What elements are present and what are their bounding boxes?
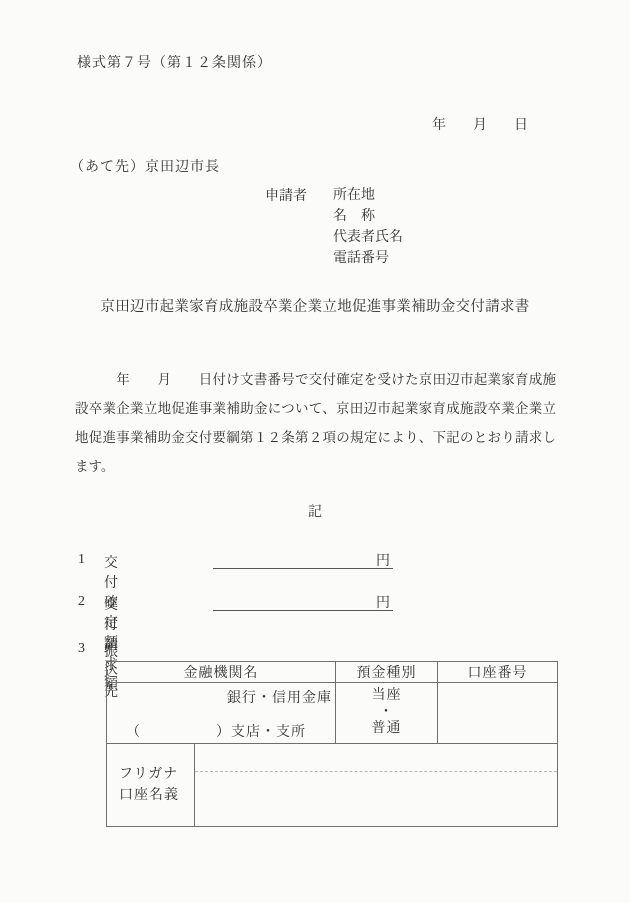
body-line-2: 設卒業企業立地促進事業補助金について、京田辺市起業家育成施設卒業企業立 xyxy=(75,394,556,423)
confirmed-amount-field[interactable]: 円 xyxy=(213,550,393,569)
table-name-row: フリガナ 口座名義 xyxy=(107,744,558,827)
form-number: 様式第７号（第１２条関係） xyxy=(77,52,272,72)
requested-amount-field[interactable]: 円 xyxy=(213,592,393,611)
item-3-number: 3 xyxy=(78,641,85,657)
furigana-label: フリガナ xyxy=(119,764,194,785)
applicant-field-phone: 電話番号 xyxy=(333,248,403,269)
year-label: 年 xyxy=(432,114,446,134)
bank-branch-cell[interactable]: 銀行・信用金庫 （ ）支店・支所 xyxy=(107,683,336,744)
applicant-block: 申請者 所在地 名 称 代表者氏名 電話番号 xyxy=(265,185,403,269)
section-marker-ki: 記 xyxy=(0,501,630,521)
name-label-cell: フリガナ 口座名義 xyxy=(107,744,195,827)
deposit-option-separator: ・ xyxy=(336,705,437,722)
body-line-3: 地促進事業補助金交付要綱第１２条第２項の規定により、下記のとおり請求し xyxy=(75,423,556,452)
form-page: 様式第７号（第１２条関係） 年 月 日 （あて先）京田辺市長 申請者 所在地 名… xyxy=(0,0,630,903)
header-account-number: 口座番号 xyxy=(438,662,558,683)
body-line-1: 年 月 日付け文書番号で交付確定を受けた京田辺市起業家育成施 xyxy=(75,365,556,394)
applicant-field-address: 所在地 xyxy=(333,185,403,206)
applicant-field-representative: 代表者氏名 xyxy=(333,227,403,248)
body-line-4: ます。 xyxy=(75,452,556,481)
body-paragraph: 年 月 日付け文書番号で交付確定を受けた京田辺市起業家育成施 設卒業企業立地促進… xyxy=(75,365,556,481)
header-financial-institution: 金融機関名 xyxy=(107,662,336,683)
account-name-input-area[interactable] xyxy=(195,772,557,826)
transfer-table: 金融機関名 預金種別 口座番号 銀行・信用金庫 （ ）支店・支所 当座 ・ 普通 xyxy=(106,661,558,827)
item-1-number: 1 xyxy=(78,552,85,568)
applicant-field-name: 名 称 xyxy=(333,206,403,227)
applicant-fields: 所在地 名 称 代表者氏名 電話番号 xyxy=(333,185,403,269)
name-input-cell xyxy=(195,744,558,827)
bank-type-label: 銀行・信用金庫 xyxy=(107,687,335,707)
account-name-label: 口座名義 xyxy=(119,785,194,806)
date-line: 年 月 日 xyxy=(432,114,528,134)
account-number-cell[interactable] xyxy=(438,683,558,744)
month-label: 月 xyxy=(473,114,487,134)
branch-type-label: （ ）支店・支所 xyxy=(107,721,335,741)
deposit-option-current: 当座 xyxy=(336,688,437,705)
document-title: 京田辺市起業家育成施設卒業企業立地促進事業補助金交付請求書 xyxy=(0,295,630,316)
applicant-label: 申請者 xyxy=(265,185,307,269)
header-deposit-type: 預金種別 xyxy=(336,662,438,683)
item-2-number: 2 xyxy=(78,594,85,610)
addressee-line: （あて先）京田辺市長 xyxy=(70,156,220,176)
table-header-row: 金融機関名 預金種別 口座番号 xyxy=(107,662,558,683)
item-2-unit: 円 xyxy=(376,596,393,611)
day-label: 日 xyxy=(514,114,528,134)
furigana-input-area[interactable] xyxy=(195,744,557,772)
table-bank-row: 銀行・信用金庫 （ ）支店・支所 当座 ・ 普通 xyxy=(107,683,558,744)
item-1-unit: 円 xyxy=(376,554,393,569)
deposit-type-cell[interactable]: 当座 ・ 普通 xyxy=(336,683,438,744)
deposit-option-ordinary: 普通 xyxy=(336,721,437,738)
